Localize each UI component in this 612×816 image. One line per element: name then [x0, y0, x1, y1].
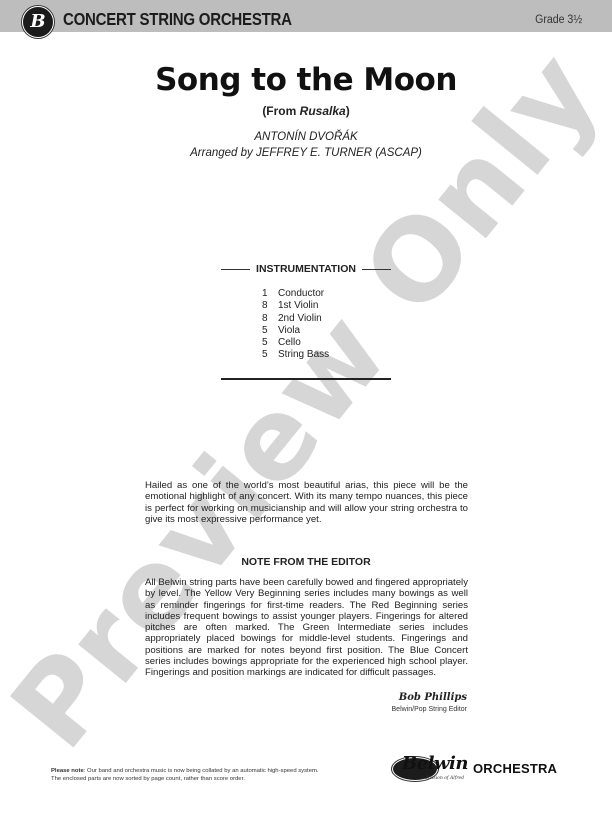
footnote-line-2: The enclosed parts are now sorted by pag…	[51, 776, 245, 782]
part-qty: 5	[262, 349, 278, 361]
editor-note-body: All Belwin string parts have been carefu…	[145, 577, 468, 679]
subtitle-suffix: )	[346, 104, 350, 118]
divider	[221, 378, 391, 380]
part-qty: 5	[262, 337, 278, 349]
part-name: Viola	[278, 325, 300, 337]
piece-title: Song to the Moon	[0, 62, 612, 98]
piece-subtitle: (From Rusalka)	[0, 104, 612, 118]
footnote-label: Please note	[51, 768, 84, 774]
list-item: 5Cello	[262, 337, 329, 349]
part-name: 2nd Violin	[278, 313, 322, 325]
list-item: 1Conductor	[262, 288, 329, 300]
editor-signature: Bob Phillips	[399, 692, 467, 703]
page-content: Song to the Moon (From Rusalka) ANTONÍN …	[0, 0, 612, 816]
part-name: Conductor	[278, 288, 324, 300]
brand-tagline: a division of Alfred	[421, 776, 464, 781]
brand-word: ORCHESTRA	[473, 761, 557, 776]
footnote-line-1: : Our band and orchestra music is now be…	[84, 768, 319, 774]
list-item: 5Viola	[262, 325, 329, 337]
divider	[221, 269, 250, 270]
part-qty: 5	[262, 325, 278, 337]
instrumentation-list: 1Conductor 81st Violin 82nd Violin 5Viol…	[262, 288, 329, 362]
divider	[362, 269, 391, 270]
part-qty: 8	[262, 313, 278, 325]
subtitle-work: Rusalka	[300, 104, 346, 118]
subtitle-prefix: (From	[262, 104, 299, 118]
part-qty: 8	[262, 300, 278, 312]
part-name: Cello	[278, 337, 301, 349]
instrumentation-heading: INSTRUMENTATION	[221, 262, 391, 276]
list-item: 81st Violin	[262, 300, 329, 312]
editor-note-heading: NOTE FROM THE EDITOR	[0, 556, 612, 568]
brand-script: Belwin	[402, 753, 468, 774]
description-paragraph: Hailed as one of the world’s most beauti…	[145, 480, 468, 525]
list-item: 5String Bass	[262, 349, 329, 361]
arranger: Arranged by JEFFREY E. TURNER (ASCAP)	[0, 147, 612, 159]
composer: ANTONÍN DVOŘÁK	[0, 131, 612, 143]
part-name: String Bass	[278, 349, 329, 361]
instrumentation-label: INSTRUMENTATION	[256, 263, 356, 275]
part-name: 1st Violin	[278, 300, 318, 312]
part-qty: 1	[262, 288, 278, 300]
editor-role: Belwin/Pop String Editor	[392, 706, 467, 713]
list-item: 82nd Violin	[262, 313, 329, 325]
collation-footnote: Please note: Our band and orchestra musi…	[51, 767, 319, 783]
